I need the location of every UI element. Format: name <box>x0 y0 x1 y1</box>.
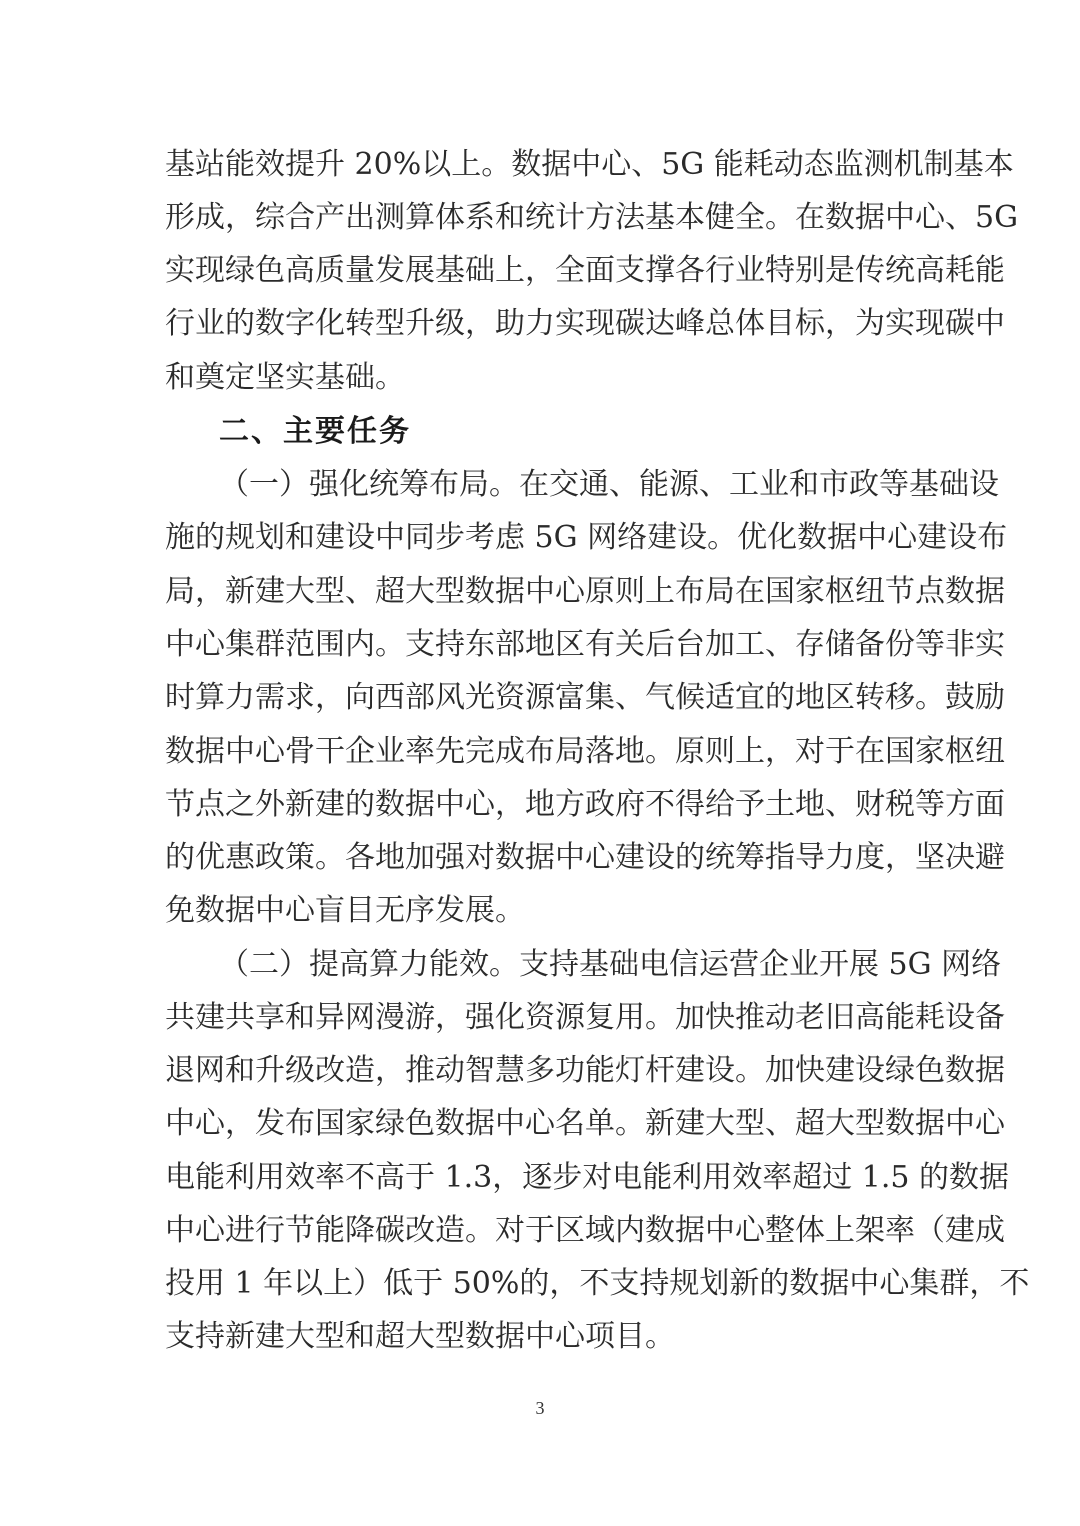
paragraph-line: 基站能效提升 20%以上。数据中心、5G 能耗动态监测机制基本 <box>165 138 917 192</box>
section-heading: 二、主要任务 <box>219 405 411 459</box>
task2-line: 电能利用效率不高于 1.3，逐步对电能利用效率超过 1.5 的数据 <box>165 1151 917 1205</box>
task1-line: 节点之外新建的数据中心，地方政府不得给予土地、财税等方面 <box>165 778 917 832</box>
task1-line: 数据中心骨干企业率先完成布局落地。原则上，对于在国家枢纽 <box>165 725 917 779</box>
task1-line: 施的规划和建设中同步考虑 5G 网络建设。优化数据中心建设布 <box>165 511 917 565</box>
task1-line: （一）强化统筹布局。在交通、能源、工业和市政等基础设 <box>219 458 917 512</box>
task2-line: 投用 1 年以上）低于 50%的，不支持规划新的数据中心集群，不 <box>165 1257 917 1311</box>
document-page: 基站能效提升 20%以上。数据中心、5G 能耗动态监测机制基本 形成，综合产出测… <box>0 0 1080 1526</box>
task1-line: 时算力需求，向西部风光资源富集、气候适宜的地区转移。鼓励 <box>165 671 917 725</box>
task2-line: （二）提高算力能效。支持基础电信运营企业开展 5G 网络 <box>219 938 917 992</box>
task2-line: 中心进行节能降碳改造。对于区域内数据中心整体上架率（建成 <box>165 1204 917 1258</box>
task1-line: 局，新建大型、超大型数据中心原则上布局在国家枢纽节点数据 <box>165 565 917 619</box>
paragraph-line: 实现绿色高质量发展基础上，全面支撑各行业特别是传统高耗能 <box>165 244 917 298</box>
task1-line: 免数据中心盲目无序发展。 <box>165 884 917 938</box>
paragraph-line: 形成，综合产出测算体系和统计方法基本健全。在数据中心、5G <box>165 191 917 245</box>
task1-line: 的优惠政策。各地加强对数据中心建设的统筹指导力度，坚决避 <box>165 831 917 885</box>
page-number: 3 <box>0 1398 1080 1419</box>
task2-line: 中心，发布国家绿色数据中心名单。新建大型、超大型数据中心 <box>165 1097 917 1151</box>
task2-line: 退网和升级改造，推动智慧多功能灯杆建设。加快建设绿色数据 <box>165 1044 917 1098</box>
task2-line: 支持新建大型和超大型数据中心项目。 <box>165 1310 917 1364</box>
task2-line: 共建共享和异网漫游，强化资源复用。加快推动老旧高能耗设备 <box>165 991 917 1045</box>
paragraph-line: 和奠定坚实基础。 <box>165 351 917 405</box>
task1-line: 中心集群范围内。支持东部地区有关后台加工、存储备份等非实 <box>165 618 917 672</box>
paragraph-line: 行业的数字化转型升级，助力实现碳达峰总体目标，为实现碳中 <box>165 297 917 351</box>
